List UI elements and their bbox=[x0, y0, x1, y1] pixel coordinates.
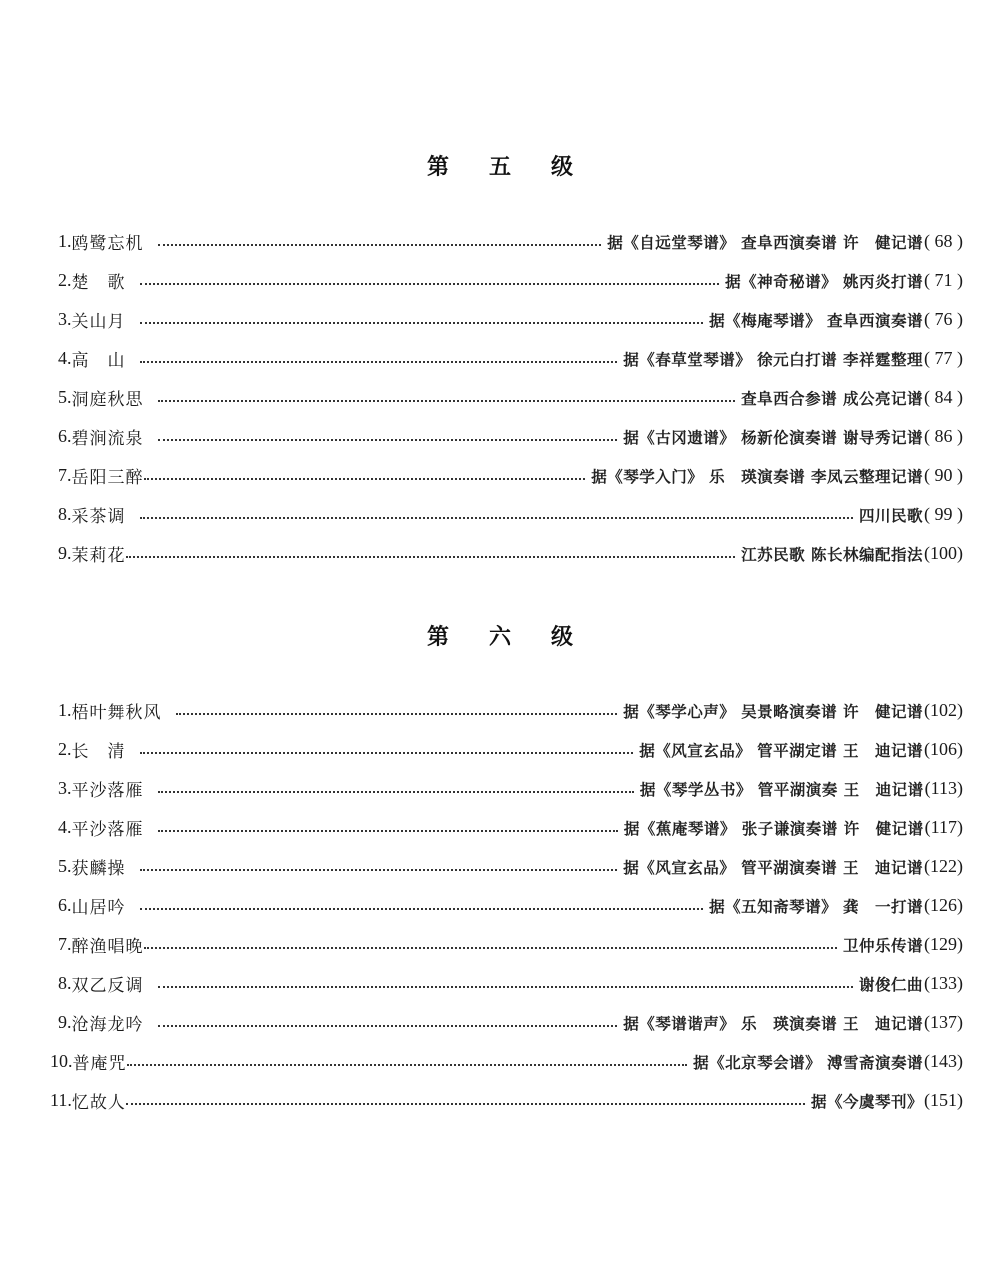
entry-page: (102) bbox=[924, 700, 963, 721]
section-title-char: 第 bbox=[427, 620, 449, 651]
toc-entry[interactable]: 4. 平沙落雁 据《蕉庵琴谱》 张子谦演奏谱 许 健记谱 (117) bbox=[58, 808, 963, 847]
toc-entry[interactable]: 2. 长 清 据《风宣玄品》 管平湖定谱 王 迪记谱 (106) bbox=[58, 730, 963, 769]
entry-number: 4. bbox=[58, 817, 72, 838]
entry-number: 3. bbox=[58, 309, 72, 330]
entry-source: 四川民歌 bbox=[859, 504, 923, 526]
entry-title: 茉莉花 bbox=[72, 541, 126, 566]
entry-source: 据《自远堂琴谱》 查阜西演奏谱 许 健记谱 bbox=[607, 231, 923, 253]
entry-number: 7. bbox=[58, 465, 72, 486]
entry-number: 2. bbox=[58, 270, 72, 291]
entry-title: 山居吟 bbox=[72, 893, 126, 918]
entry-number: 6. bbox=[58, 426, 72, 447]
entry-source: 据《春草堂琴谱》 徐元白打谱 李祥霆整理 bbox=[623, 348, 923, 370]
entry-source: 据《琴学入门》 乐 瑛演奏谱 李凤云整理记谱 bbox=[591, 465, 923, 487]
entry-page: (126) bbox=[924, 895, 963, 916]
entry-title: 平沙落雁 bbox=[72, 776, 144, 801]
section-title-char: 级 bbox=[551, 620, 573, 651]
entry-number: 8. bbox=[58, 973, 72, 994]
entry-number: 5. bbox=[58, 387, 72, 408]
toc-entry[interactable]: 6. 碧涧流泉 据《古冈遗谱》 杨新伦演奏谱 谢导秀记谱 ( 86 ) bbox=[58, 417, 963, 456]
dot-leader bbox=[176, 711, 618, 715]
dot-leader bbox=[127, 1062, 688, 1066]
entry-source: 据《五知斋琴谱》 龚 一打谱 bbox=[709, 895, 923, 917]
dot-leader bbox=[158, 789, 634, 793]
entry-title: 梧叶舞秋风 bbox=[72, 698, 162, 723]
entry-title: 碧涧流泉 bbox=[72, 424, 144, 449]
entry-source: 据《北京琴会谱》 溥雪斋演奏谱 bbox=[693, 1051, 923, 1073]
toc-page: 第五级 1. 鸥鹭忘机 据《自远堂琴谱》 查阜西演奏谱 许 健记谱 ( 68 )… bbox=[0, 0, 1000, 1263]
entry-source: 谢俊仁曲 bbox=[859, 973, 923, 995]
entry-source: 据《风宣玄品》 管平湖演奏谱 王 迪记谱 bbox=[623, 856, 923, 878]
dot-leader bbox=[140, 281, 720, 285]
entry-page: ( 76 ) bbox=[924, 309, 963, 330]
entry-page: (143) bbox=[924, 1051, 963, 1072]
entry-number: 9. bbox=[58, 543, 72, 564]
dot-leader bbox=[140, 750, 634, 754]
dot-leader bbox=[140, 906, 704, 910]
section-title-level-5: 第五级 bbox=[0, 150, 1000, 181]
entry-title: 楚 歌 bbox=[72, 268, 126, 293]
entry-number: 3. bbox=[58, 778, 72, 799]
toc-entry[interactable]: 3. 关山月 据《梅庵琴谱》 查阜西演奏谱 ( 76 ) bbox=[58, 300, 963, 339]
entry-title: 鸥鹭忘机 bbox=[72, 229, 144, 254]
toc-entry[interactable]: 9. 沧海龙吟 据《琴谱谐声》 乐 瑛演奏谱 王 迪记谱 (137) bbox=[58, 1003, 963, 1042]
toc-entry[interactable]: 8. 采茶调 四川民歌 ( 99 ) bbox=[58, 495, 963, 534]
section-title-char: 六 bbox=[489, 620, 511, 651]
entry-page: (117) bbox=[925, 817, 963, 838]
dot-leader bbox=[158, 398, 736, 402]
dot-leader bbox=[158, 984, 853, 988]
entry-title: 高 山 bbox=[72, 346, 126, 371]
section-title-char: 级 bbox=[551, 150, 573, 181]
toc-entry[interactable]: 10. 普庵咒 据《北京琴会谱》 溥雪斋演奏谱 (143) bbox=[50, 1042, 963, 1081]
entry-source: 据《古冈遗谱》 杨新伦演奏谱 谢导秀记谱 bbox=[623, 426, 923, 448]
entry-source: 据《今虞琴刊》 bbox=[811, 1090, 923, 1112]
dot-leader bbox=[140, 320, 704, 324]
entry-number: 11. bbox=[50, 1090, 72, 1111]
dot-leader bbox=[126, 554, 736, 558]
entry-page: (137) bbox=[924, 1012, 963, 1033]
entry-page: ( 86 ) bbox=[924, 426, 963, 447]
entry-title: 忆故人 bbox=[72, 1088, 126, 1113]
entry-title: 平沙落雁 bbox=[72, 815, 144, 840]
entry-page: ( 71 ) bbox=[924, 270, 963, 291]
section-title-char: 第 bbox=[427, 150, 449, 181]
entry-title: 沧海龙吟 bbox=[72, 1010, 144, 1035]
entry-title: 双乙反调 bbox=[72, 971, 144, 996]
entry-title: 洞庭秋思 bbox=[72, 385, 144, 410]
entry-source: 据《琴学丛书》 管平湖演奏 王 迪记谱 bbox=[640, 778, 924, 800]
entry-source: 据《神奇秘谱》 姚丙炎打谱 bbox=[725, 270, 923, 292]
entry-page: (151) bbox=[924, 1090, 963, 1111]
entry-page: (100) bbox=[924, 543, 963, 564]
entry-number: 10. bbox=[50, 1051, 73, 1072]
entry-page: (129) bbox=[924, 934, 963, 955]
entry-number: 1. bbox=[58, 231, 72, 252]
entry-title: 采茶调 bbox=[72, 502, 126, 527]
entry-page: (122) bbox=[924, 856, 963, 877]
toc-list-level-6: 1. 梧叶舞秋风 据《琴学心声》 吴景略演奏谱 许 健记谱 (102) 2. 长… bbox=[58, 691, 963, 1120]
entry-source: 江苏民歌 陈长林编配指法 bbox=[741, 543, 923, 565]
entry-source: 卫仲乐传谱 bbox=[843, 934, 923, 956]
section-title-level-6: 第六级 bbox=[0, 620, 1000, 651]
section-title-char: 五 bbox=[489, 150, 511, 181]
entry-title: 关山月 bbox=[72, 307, 126, 332]
entry-number: 9. bbox=[58, 1012, 72, 1033]
entry-source: 据《风宣玄品》 管平湖定谱 王 迪记谱 bbox=[639, 739, 923, 761]
entry-title: 长 清 bbox=[72, 737, 126, 762]
toc-entry[interactable]: 4. 高 山 据《春草堂琴谱》 徐元白打谱 李祥霆整理 ( 77 ) bbox=[58, 339, 963, 378]
dot-leader bbox=[158, 1023, 618, 1027]
entry-source: 据《琴学心声》 吴景略演奏谱 许 健记谱 bbox=[623, 700, 923, 722]
entry-title: 普庵咒 bbox=[73, 1049, 127, 1074]
toc-entry[interactable]: 11. 忆故人 据《今虞琴刊》 (151) bbox=[50, 1081, 963, 1120]
entry-page: ( 99 ) bbox=[924, 504, 963, 525]
dot-leader bbox=[158, 437, 618, 441]
dot-leader bbox=[144, 945, 837, 949]
entry-number: 5. bbox=[58, 856, 72, 877]
entry-number: 2. bbox=[58, 739, 72, 760]
entry-title: 醉渔唱晚 bbox=[72, 932, 144, 957]
entry-page: (106) bbox=[924, 739, 963, 760]
entry-source: 据《蕉庵琴谱》 张子谦演奏谱 许 健记谱 bbox=[624, 817, 924, 839]
entry-source: 查阜西合参谱 成公亮记谱 bbox=[741, 387, 923, 409]
entry-title: 岳阳三醉 bbox=[72, 463, 144, 488]
dot-leader bbox=[158, 828, 618, 832]
toc-entry[interactable]: 1. 鸥鹭忘机 据《自远堂琴谱》 查阜西演奏谱 许 健记谱 ( 68 ) bbox=[58, 222, 963, 261]
toc-entry[interactable]: 5. 获麟操 据《风宣玄品》 管平湖演奏谱 王 迪记谱 (122) bbox=[58, 847, 963, 886]
entry-title: 获麟操 bbox=[72, 854, 126, 879]
toc-entry[interactable]: 7. 岳阳三醉 据《琴学入门》 乐 瑛演奏谱 李凤云整理记谱 ( 90 ) bbox=[58, 456, 963, 495]
entry-source: 据《梅庵琴谱》 查阜西演奏谱 bbox=[709, 309, 923, 331]
entry-number: 1. bbox=[58, 700, 72, 721]
dot-leader bbox=[140, 359, 618, 363]
entry-page: (113) bbox=[925, 778, 963, 799]
toc-entry[interactable]: 1. 梧叶舞秋风 据《琴学心声》 吴景略演奏谱 许 健记谱 (102) bbox=[58, 691, 963, 730]
toc-entry[interactable]: 2. 楚 歌 据《神奇秘谱》 姚丙炎打谱 ( 71 ) bbox=[58, 261, 963, 300]
entry-number: 8. bbox=[58, 504, 72, 525]
entry-number: 6. bbox=[58, 895, 72, 916]
toc-list-level-5: 1. 鸥鹭忘机 据《自远堂琴谱》 查阜西演奏谱 许 健记谱 ( 68 ) 2. … bbox=[58, 222, 963, 573]
entry-page: (133) bbox=[924, 973, 963, 994]
toc-entry[interactable]: 7. 醉渔唱晚 卫仲乐传谱 (129) bbox=[58, 925, 963, 964]
toc-entry[interactable]: 5. 洞庭秋思 查阜西合参谱 成公亮记谱 ( 84 ) bbox=[58, 378, 963, 417]
entry-page: ( 84 ) bbox=[924, 387, 963, 408]
toc-entry[interactable]: 6. 山居吟 据《五知斋琴谱》 龚 一打谱 (126) bbox=[58, 886, 963, 925]
dot-leader bbox=[140, 515, 853, 519]
toc-entry[interactable]: 9. 茉莉花 江苏民歌 陈长林编配指法 (100) bbox=[58, 534, 963, 573]
entry-page: ( 90 ) bbox=[924, 465, 963, 486]
entry-number: 7. bbox=[58, 934, 72, 955]
dot-leader bbox=[140, 867, 618, 871]
entry-page: ( 77 ) bbox=[924, 348, 963, 369]
dot-leader bbox=[144, 476, 586, 480]
entry-number: 4. bbox=[58, 348, 72, 369]
toc-entry[interactable]: 3. 平沙落雁 据《琴学丛书》 管平湖演奏 王 迪记谱 (113) bbox=[58, 769, 963, 808]
dot-leader bbox=[126, 1101, 805, 1105]
entry-source: 据《琴谱谐声》 乐 瑛演奏谱 王 迪记谱 bbox=[623, 1012, 923, 1034]
dot-leader bbox=[158, 242, 602, 246]
entry-page: ( 68 ) bbox=[924, 231, 963, 252]
toc-entry[interactable]: 8. 双乙反调 谢俊仁曲 (133) bbox=[58, 964, 963, 1003]
